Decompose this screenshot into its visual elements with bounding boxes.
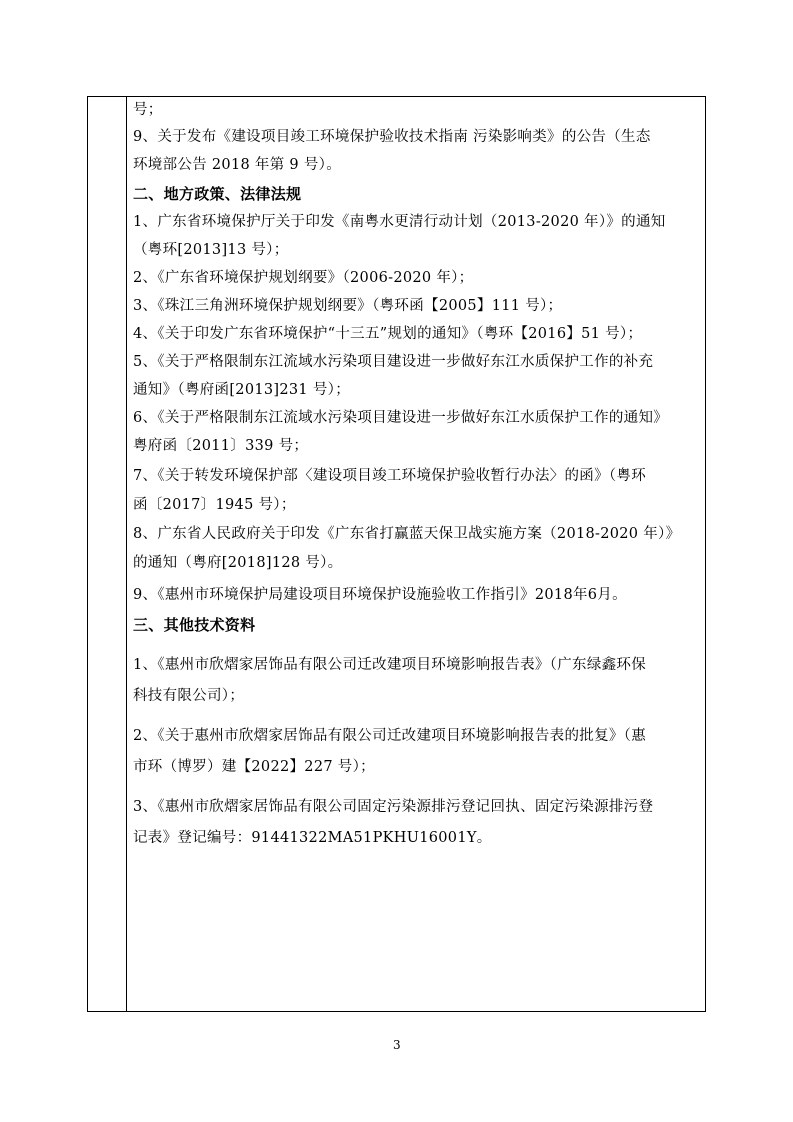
section-heading: 二、地方政策、法律法规 [133, 184, 301, 204]
text-line: 7、《关于转发环境保护部〈建设项目竣工环境保护验收暂行办法〉的函》（粤环 [133, 466, 646, 486]
text-line: 函〔2017〕1945 号）； [133, 495, 296, 515]
text-line: 5、《关于严格限制东江流域水污染项目建设进一步做好东江水质保护工作的补充 [133, 352, 653, 372]
text-line: 的通知（粤府[2018]128 号）。 [133, 553, 342, 573]
text-line: 记表》登记编号：91441322MA51PKHU16001Y。 [133, 828, 492, 848]
text-line: 通知》（粤府函[2013]231 号）； [133, 380, 350, 400]
text-line: 1、《惠州市欣熠家居饰品有限公司迁改建项目环境影响报告表》（广东绿鑫环保 [133, 655, 646, 675]
text-line: 6、《关于严格限制东江流域水污染项目建设进一步做好东江水质保护工作的通知》 [133, 408, 668, 428]
text-line: 3、《珠江三角洲环境保护规划纲要》（粤环函【2005】111 号）； [133, 296, 562, 316]
text-line: 粤府函〔2011〕339 号； [133, 436, 308, 456]
text-line: 环境部公告 2018 年第 9 号）。 [133, 155, 341, 175]
reference-table: 号；9、关于发布《建设项目竣工环境保护验收技术指南 污染影响类》的公告（生态环境… [87, 96, 706, 1012]
column-divider [126, 97, 127, 1011]
section-heading: 三、其他技术资料 [133, 615, 255, 635]
text-line: 9、《惠州市环境保护局建设项目环境保护设施验收工作指引》2018年6月。 [133, 585, 627, 605]
text-line: 科技有限公司）； [133, 686, 244, 706]
text-line: 号； [133, 100, 163, 120]
text-line: 市环（博罗）建【2022】227 号）； [133, 757, 375, 777]
text-line: 2、《关于惠州市欣熠家居饰品有限公司迁改建项目环境影响报告表的批复》（惠 [133, 726, 646, 746]
text-line: 8、广东省人民政府关于印发《广东省打赢蓝天保卫战实施方案（2018-2020 年… [133, 524, 680, 544]
text-line: 3、《惠州市欣熠家居饰品有限公司固定污染源排污登记回执、固定污染源排污登 [133, 797, 653, 817]
text-line: 4、《关于印发广东省环境保护“十三五”规划的通知》（粤环【2016】51 号）； [133, 324, 642, 344]
text-line: 1、广东省环境保护厅关于印发《南粤水更清行动计划（2013-2020 年）》的通… [133, 212, 666, 232]
text-line: 2、《广东省环境保护规划纲要》（2006-2020 年）； [133, 268, 474, 288]
page-number: 3 [393, 1038, 401, 1052]
text-line: （粤环[2013]13 号）； [133, 240, 289, 260]
text-line: 9、关于发布《建设项目竣工环境保护验收技术指南 污染影响类》的公告（生态 [133, 127, 651, 147]
